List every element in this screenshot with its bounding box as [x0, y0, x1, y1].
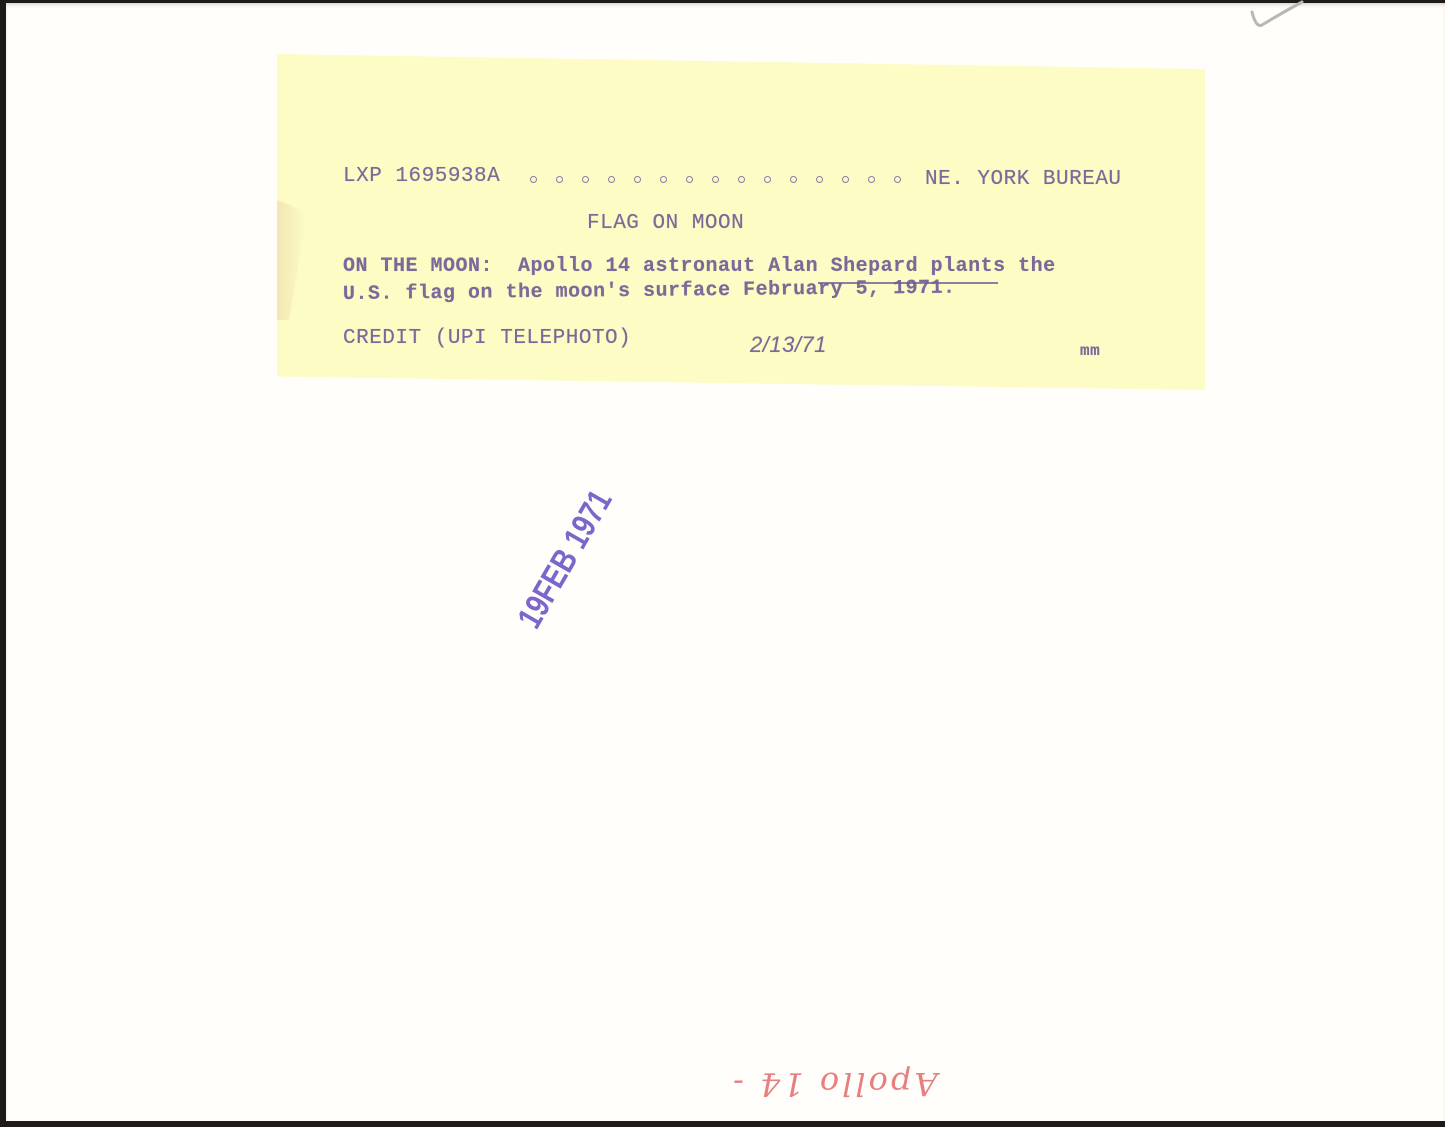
- photo-credit: CREDIT (UPI TELEPHOTO): [343, 327, 631, 350]
- handwritten-note: Apollo 14 -: [730, 1065, 937, 1103]
- typist-initials: mm: [1080, 342, 1100, 360]
- caption-date: 2/13/71: [750, 332, 827, 358]
- slug-id: LXP 1695938A: [343, 165, 500, 188]
- pencil-check-mark: [1250, 0, 1310, 40]
- caption-line-1: ON THE MOON: Apollo 14 astronaut Alan Sh…: [343, 255, 1056, 278]
- headline: FLAG ON MOON: [587, 212, 744, 235]
- bureau-name: NE. YORK BUREAU: [925, 168, 1122, 191]
- leader-dots: [530, 176, 901, 183]
